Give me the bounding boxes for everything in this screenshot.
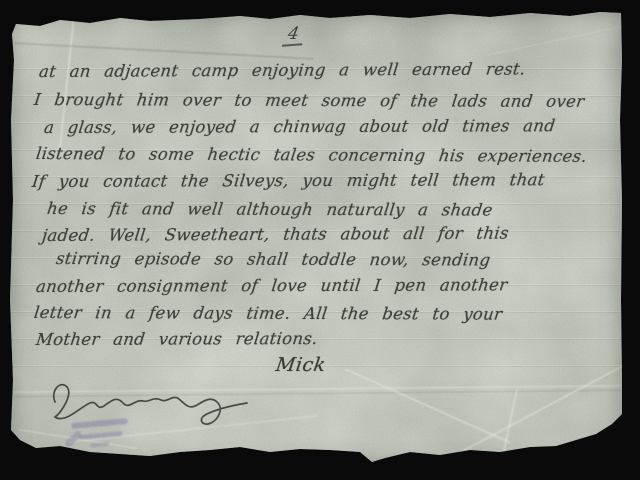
letter-line: If you contact the Silveys, you might te… <box>31 170 546 191</box>
letter-line: letter in a few days time. All the best … <box>33 303 503 324</box>
signoff-name: Mick <box>274 354 327 376</box>
ink-stamp <box>51 411 138 454</box>
crease-line <box>500 389 518 466</box>
letter-line: at an adjacent camp enjoying a well earn… <box>38 59 527 81</box>
crease-line <box>8 390 622 397</box>
letter-line: listened to some hectic tales concerning… <box>35 144 588 166</box>
letter-line: jaded. Well, Sweetheart, thats about all… <box>41 224 510 245</box>
scan-background: 4 at an adjacent camp enjoying a well ea… <box>0 0 640 480</box>
crease-line <box>8 385 622 393</box>
censor-signature <box>45 372 255 430</box>
letter-line: Mother and various relations. <box>35 329 319 349</box>
crease-line <box>14 42 314 59</box>
page-number: 4 <box>286 24 300 44</box>
letter-paper: 4 at an adjacent camp enjoying a well ea… <box>8 10 624 468</box>
letter-line: I brought him over to meet some of the l… <box>33 90 586 111</box>
letter-line: stirring episode so shall toddle now, se… <box>55 249 492 270</box>
crease-line <box>345 368 510 443</box>
letter-line: a glass, we enjoyed a chinwag about old … <box>43 116 556 137</box>
crease-line <box>69 415 318 443</box>
crease-line <box>449 363 626 458</box>
crease-line <box>19 429 138 449</box>
letter-line: he is fit and well although naturally a … <box>46 199 494 220</box>
crease-line <box>487 25 624 55</box>
letter-line: another consignment of love until I pen … <box>35 275 509 296</box>
